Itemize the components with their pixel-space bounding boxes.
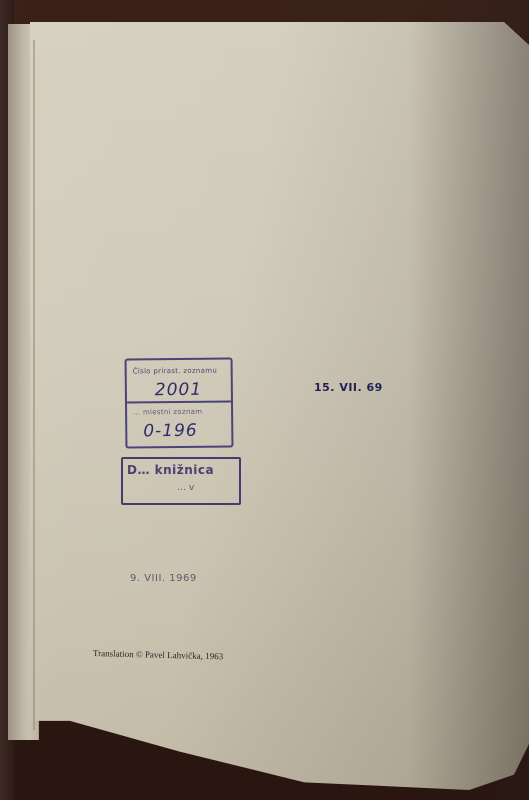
shelf-number: 0-196	[143, 421, 198, 442]
date-stamp-lower: 9. VIII. 1969	[130, 573, 197, 584]
accession-label-top: Číslo prírast. zoznamu	[133, 367, 218, 376]
accession-stamp: Číslo prírast. zoznamu 2001 … miestni zo…	[125, 357, 234, 448]
stamp-divider	[127, 400, 231, 403]
date-stamp-top: 15. VII. 69	[314, 381, 383, 394]
accession-label-bottom: … miestni zoznam	[133, 408, 202, 417]
accession-number: 2001	[155, 380, 202, 400]
library-name: D… knižnica	[127, 463, 214, 477]
photo-scene: Číslo prírast. zoznamu 2001 … miestni zo…	[0, 0, 529, 800]
library-stamp: D… knižnica … v	[121, 457, 241, 505]
library-location: … v	[177, 483, 194, 493]
page-gutter	[33, 40, 35, 730]
book-page	[30, 22, 529, 790]
